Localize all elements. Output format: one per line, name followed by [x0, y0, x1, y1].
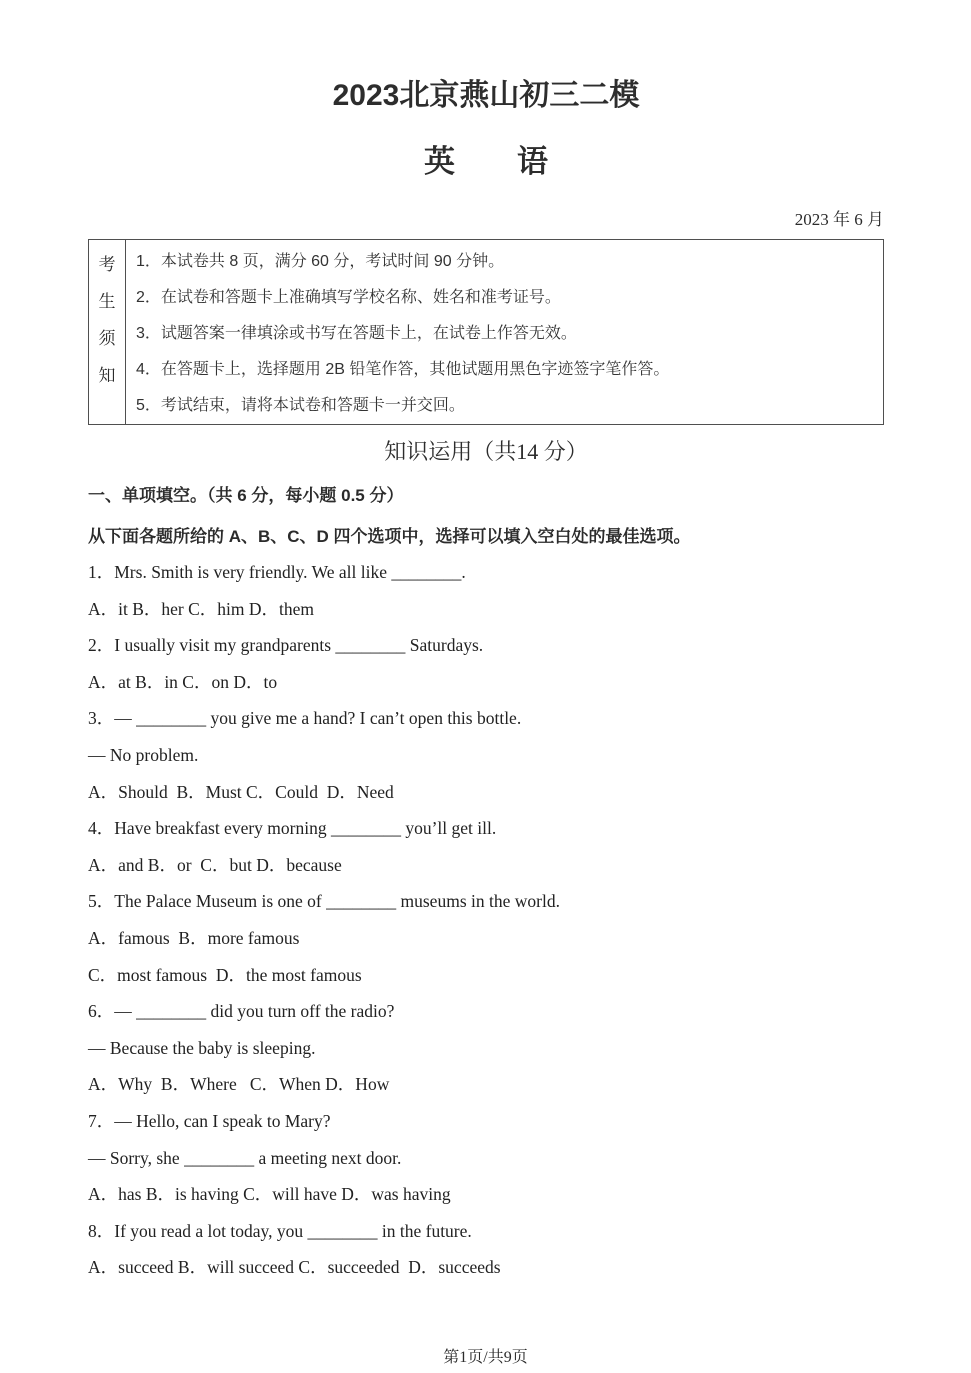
question-line: A．Should B．Must C．Could D．Need: [88, 783, 884, 801]
question-line: 1．Mrs. Smith is very friendly. We all li…: [88, 563, 884, 581]
notice-item: 5．考试结束，请将本试卷和答题卡一并交回。: [136, 388, 875, 424]
question-line: A．Why B．Where C．When D．How: [88, 1075, 884, 1093]
notice-item: 2．在试卷和答题卡上准确填写学校名称、姓名和准考证号。: [136, 280, 875, 316]
question-line: 7．— Hello, can I speak to Mary?: [88, 1112, 884, 1130]
exam-date: 2023 年 6 月: [88, 205, 884, 230]
question-line: A．it B．her C．him D．them: [88, 600, 884, 618]
question-line: A．famous B．more famous: [88, 929, 884, 947]
questions-list: 1．Mrs. Smith is very friendly. We all li…: [88, 563, 884, 1276]
page-footer: 第1页/共9页: [0, 1344, 971, 1367]
notice-item: 4．在答题卡上，选择题用 2B 铅笔作答，其他试题用黑色字迹签字笔作答。: [136, 352, 875, 388]
question-line: A．succeed B．will succeed C．succeeded D．s…: [88, 1258, 884, 1276]
notice-item: 1．本试卷共 8 页，满分 60 分，考试时间 90 分钟。: [136, 244, 875, 280]
notice-label-char: 知: [89, 357, 125, 394]
question-line: 3．— ________ you give me a hand? I can’t…: [88, 709, 884, 727]
question-line: A．has B．is having C．will have D．was havi…: [88, 1185, 884, 1203]
notice-item: 3．试题答案一律填涂或书写在答题卡上，在试卷上作答无效。: [136, 316, 875, 352]
question-line: A．and B．or C．but D．because: [88, 856, 884, 874]
question-line: C．most famous D．the most famous: [88, 966, 884, 984]
question-line: 5．The Palace Museum is one of ________ m…: [88, 892, 884, 910]
exam-title: 2023北京燕山初三二模: [88, 70, 884, 114]
exam-page: 2023北京燕山初三二模 英 语 2023 年 6 月 考 生 须 知 1．本试…: [0, 0, 971, 1373]
subject-title: 英 语: [88, 136, 884, 181]
question-line: 8．If you read a lot today, you ________ …: [88, 1222, 884, 1240]
question-line: 4．Have breakfast every morning ________ …: [88, 819, 884, 837]
notice-label-char: 须: [89, 320, 125, 357]
notice-label-char: 考: [89, 246, 125, 283]
section-heading: 知识运用（共14 分）: [88, 435, 884, 466]
question-line: A．at B．in C．on D．to: [88, 673, 884, 691]
question-line: — Because the baby is sleeping.: [88, 1039, 884, 1057]
notice-box: 考 生 须 知 1．本试卷共 8 页，满分 60 分，考试时间 90 分钟。2．…: [88, 239, 884, 425]
part-title: 一、单项填空。（共 6 分，每小题 0.5 分）: [88, 481, 884, 506]
instructions: 从下面各题所给的 A、B、C、D 四个选项中，选择可以填入空白处的最佳选项。: [88, 522, 884, 547]
question-line: — No problem.: [88, 746, 884, 764]
notice-label: 考 生 须 知: [89, 240, 126, 424]
question-line: 6．— ________ did you turn off the radio?: [88, 1002, 884, 1020]
notice-label-char: 生: [89, 283, 125, 320]
question-line: 2．I usually visit my grandparents ______…: [88, 636, 884, 654]
question-line: — Sorry, she ________ a meeting next doo…: [88, 1149, 884, 1167]
notice-items: 1．本试卷共 8 页，满分 60 分，考试时间 90 分钟。2．在试卷和答题卡上…: [126, 240, 883, 424]
